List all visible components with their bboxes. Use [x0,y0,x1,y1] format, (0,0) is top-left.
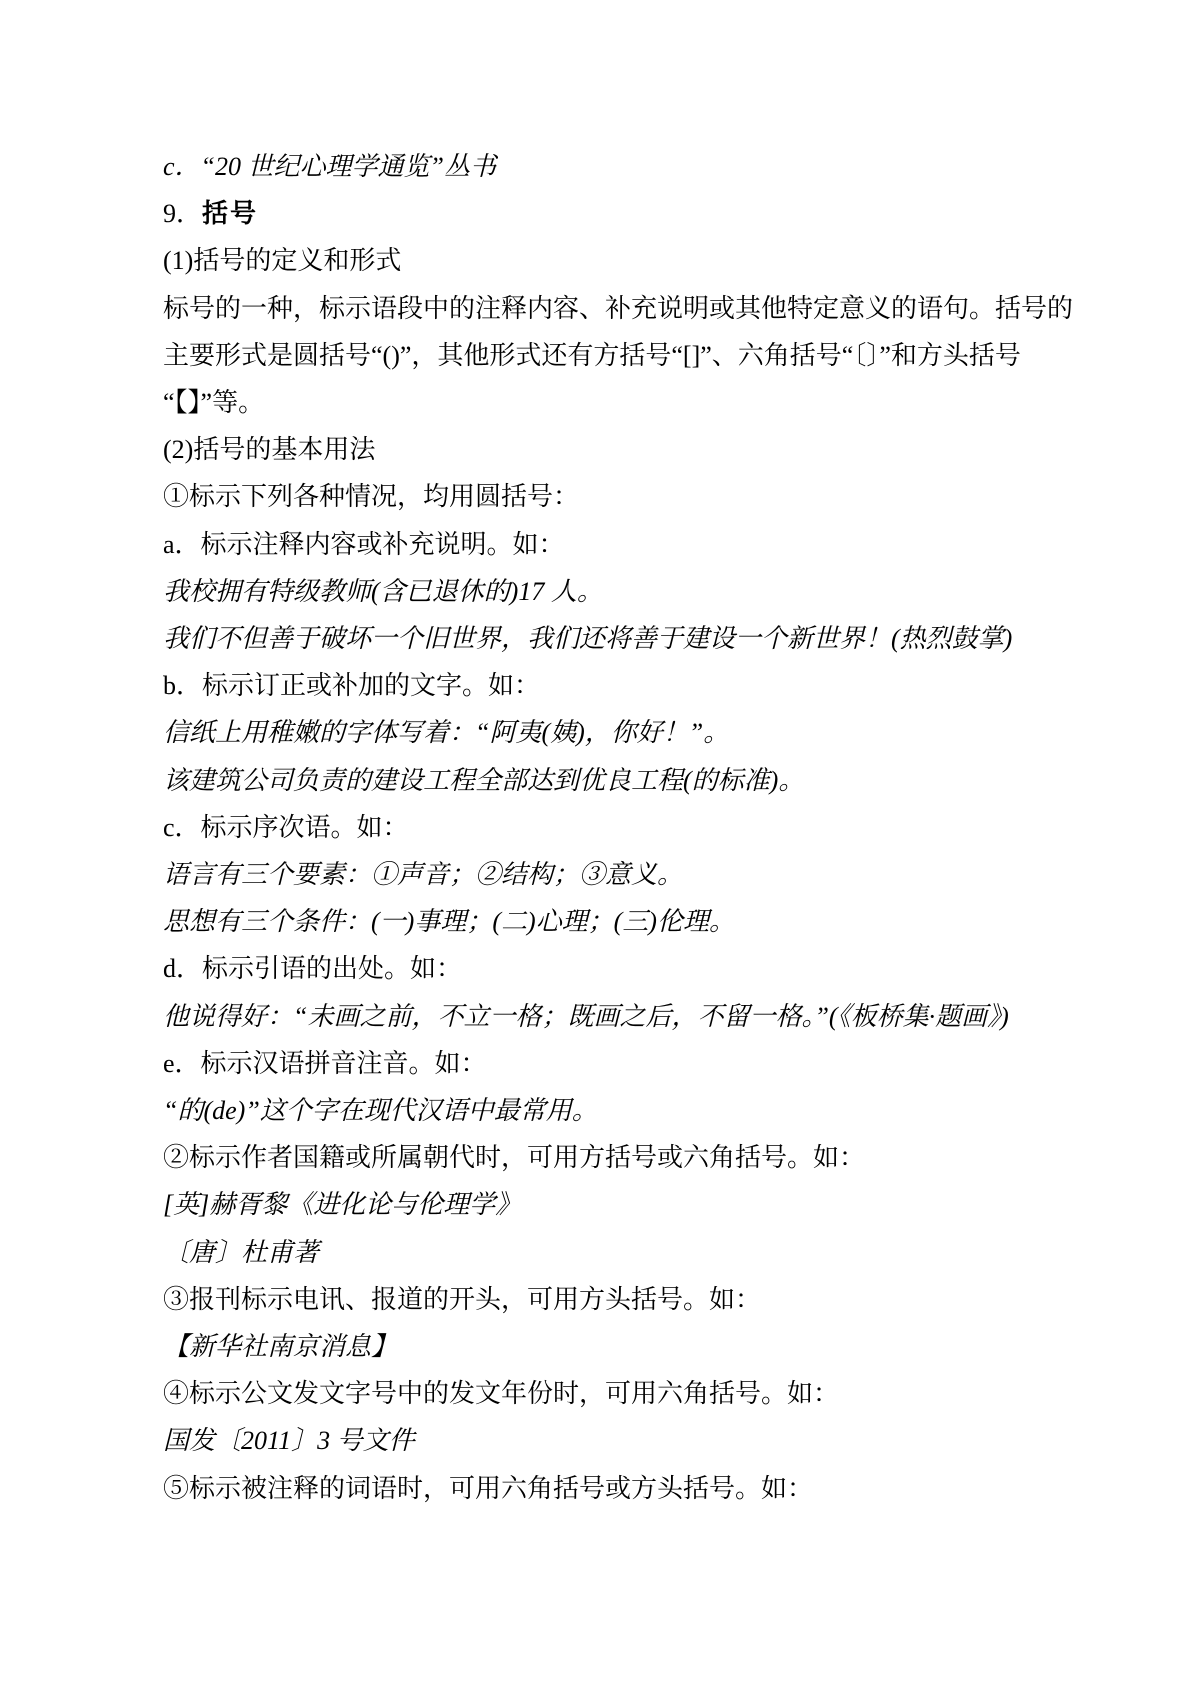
example-line-quote-source: 他说得好：“未画之前，不立一格；既画之后，不留一格。”(《板桥集·题画》) [163,993,1050,1040]
usage-item-3: ③报刊标示电讯、报道的开头，可用方头括号。如： [163,1276,1050,1323]
heading-title: 括号 [202,198,258,228]
usage-item-1e: e．标示汉语拼音注音。如： [163,1040,1050,1087]
example-line-pinyin: “的(de)”这个字在现代汉语中最常用。 [163,1087,1050,1134]
example-line-document-number: 国发〔2011〕3 号文件 [163,1417,1050,1464]
body-line-definition-1: 标号的一种，标示语段中的注释内容、补充说明或其他特定意义的语句。括号的 [163,285,1050,332]
usage-item-1d: d．标示引语的出处。如： [163,945,1050,992]
example-line-letter: 信纸上用稚嫩的字体写着：“阿夷(姨)，你好！”。 [163,709,1050,756]
heading-number: 9． [163,199,202,228]
document-page: c．“20 世纪心理学通览”丛书 9．括号 (1)括号的定义和形式 标号的一种，… [0,0,1200,1698]
subheading-definition: (1)括号的定义和形式 [163,237,1050,284]
example-line-language: 语言有三个要素：①声音；②结构；③意义。 [163,851,1050,898]
body-line-definition-3: “【】”等。 [163,379,1050,426]
example-line-construction: 该建筑公司负责的建设工程全部达到优良工程(的标准)。 [163,757,1050,804]
example-line-teachers: 我校拥有特级教师(含已退休的)17 人。 [163,568,1050,615]
example-line-huxley: [英]赫胥黎《进化论与伦理学》 [163,1181,1050,1228]
usage-item-1: ①标示下列各种情况，均用圆括号： [163,473,1050,520]
body-line-definition-2: 主要形式是圆括号“()”，其他形式还有方括号“[]”、六角括号“〔〕”和方头括号 [163,332,1050,379]
example-line-dufu: 〔唐〕杜甫著 [163,1229,1050,1276]
section-heading-brackets: 9．括号 [163,190,1050,237]
usage-item-1a: a．标示注释内容或补充说明。如： [163,521,1050,568]
usage-item-1c: c．标示序次语。如： [163,804,1050,851]
example-line-new-world: 我们不但善于破坏一个旧世界，我们还将善于建设一个新世界！(热烈鼓掌) [163,615,1050,662]
usage-item-4: ④标示公文发文字号中的发文年份时，可用六角括号。如： [163,1370,1050,1417]
subheading-basic-usage: (2)括号的基本用法 [163,426,1050,473]
example-line-book-series: c．“20 世纪心理学通览”丛书 [163,143,1050,190]
example-line-xinhua: 【新华社南京消息】 [163,1323,1050,1370]
usage-item-1b: b．标示订正或补加的文字。如： [163,662,1050,709]
usage-item-2: ②标示作者国籍或所属朝代时，可用方括号或六角括号。如： [163,1134,1050,1181]
usage-item-5: ⑤标示被注释的词语时，可用六角括号或方头括号。如： [163,1465,1050,1512]
example-line-thought: 思想有三个条件：(一)事理；(二)心理；(三)伦理。 [163,898,1050,945]
